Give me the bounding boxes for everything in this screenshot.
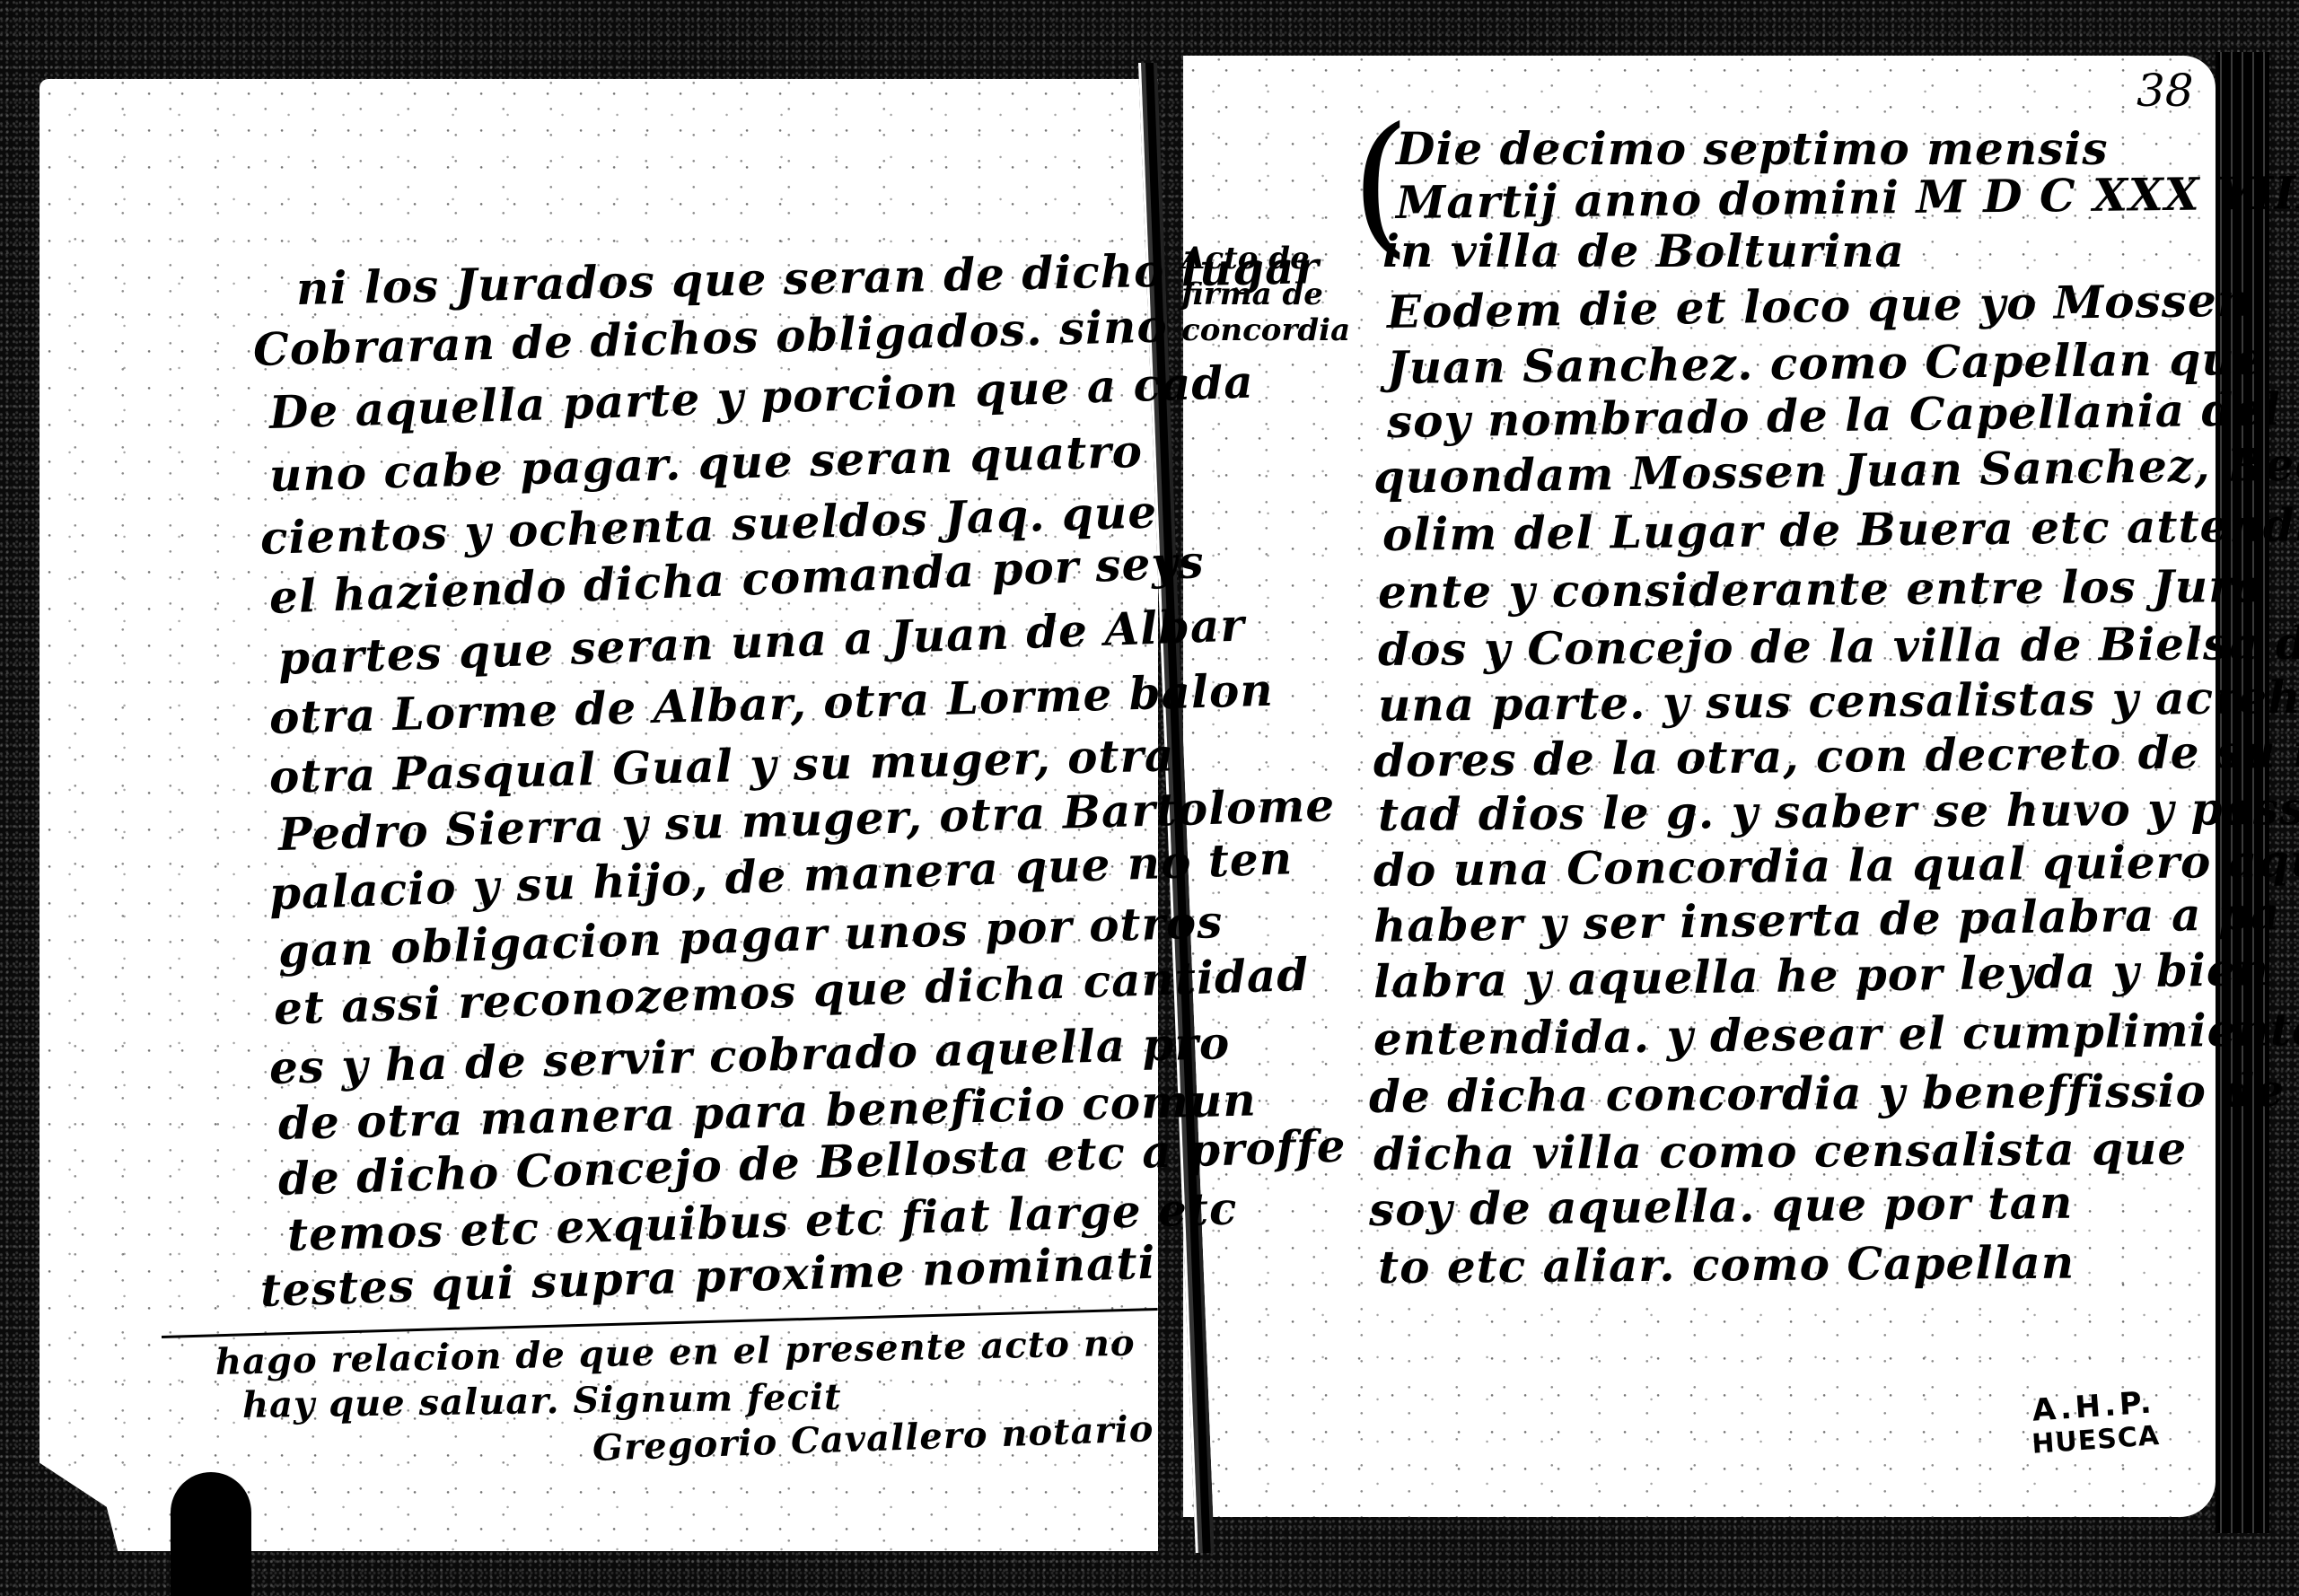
marginal-note: Acto de firma de concordia bbox=[1181, 241, 1350, 348]
manuscript-line: tad dios le g. y saber se huvo y passa bbox=[1378, 782, 2299, 841]
manuscript-line: do una Concordia la qual quiero aqui bbox=[1373, 834, 2299, 897]
archive-stamp: A.H.P. HUESCA bbox=[2029, 1385, 2162, 1462]
manuscript-line: olim del Lugar de Buera etc attendi bbox=[1382, 498, 2299, 561]
manuscript-line: dos y Concejo de la villa de Bielsa de bbox=[1378, 617, 2299, 676]
marginal-note-line: concordia bbox=[1181, 312, 1350, 348]
manuscript-line: soy de aquella. que por tan bbox=[1369, 1176, 2074, 1236]
manuscript-line: in villa de Bolturina bbox=[1382, 224, 1905, 277]
manuscript-line: entendida. y desear el cumplimiento bbox=[1373, 1003, 2299, 1065]
manuscript-line: una parte. y sus censalistas y acrehe bbox=[1378, 671, 2299, 732]
notary-note-line: hay que saluar. Signum fecit bbox=[242, 1376, 842, 1426]
folio-number: 38 bbox=[2137, 65, 2194, 117]
manuscript-line: Die decimo septimo mensis bbox=[1396, 122, 2108, 175]
manuscript-line: Martij anno domini M D C XXX VIII bbox=[1396, 166, 2299, 229]
manuscript-line: dores de la otra, con decreto de su mage… bbox=[1373, 723, 2299, 787]
manuscript-line: to etc aliar. como Capellan bbox=[1378, 1236, 2075, 1293]
marginal-note-line: firma de bbox=[1181, 276, 1350, 312]
manuscript-line: ente y considerante entre los Jura bbox=[1378, 559, 2263, 618]
manuscript-line: de dicha concordia y beneffissio de bbox=[1369, 1064, 2285, 1123]
marginal-note-line: Acto de bbox=[1181, 241, 1350, 276]
manuscript-line: dicha villa como censalista que bbox=[1373, 1122, 2188, 1180]
scanner-thumb-shadow bbox=[171, 1472, 251, 1596]
